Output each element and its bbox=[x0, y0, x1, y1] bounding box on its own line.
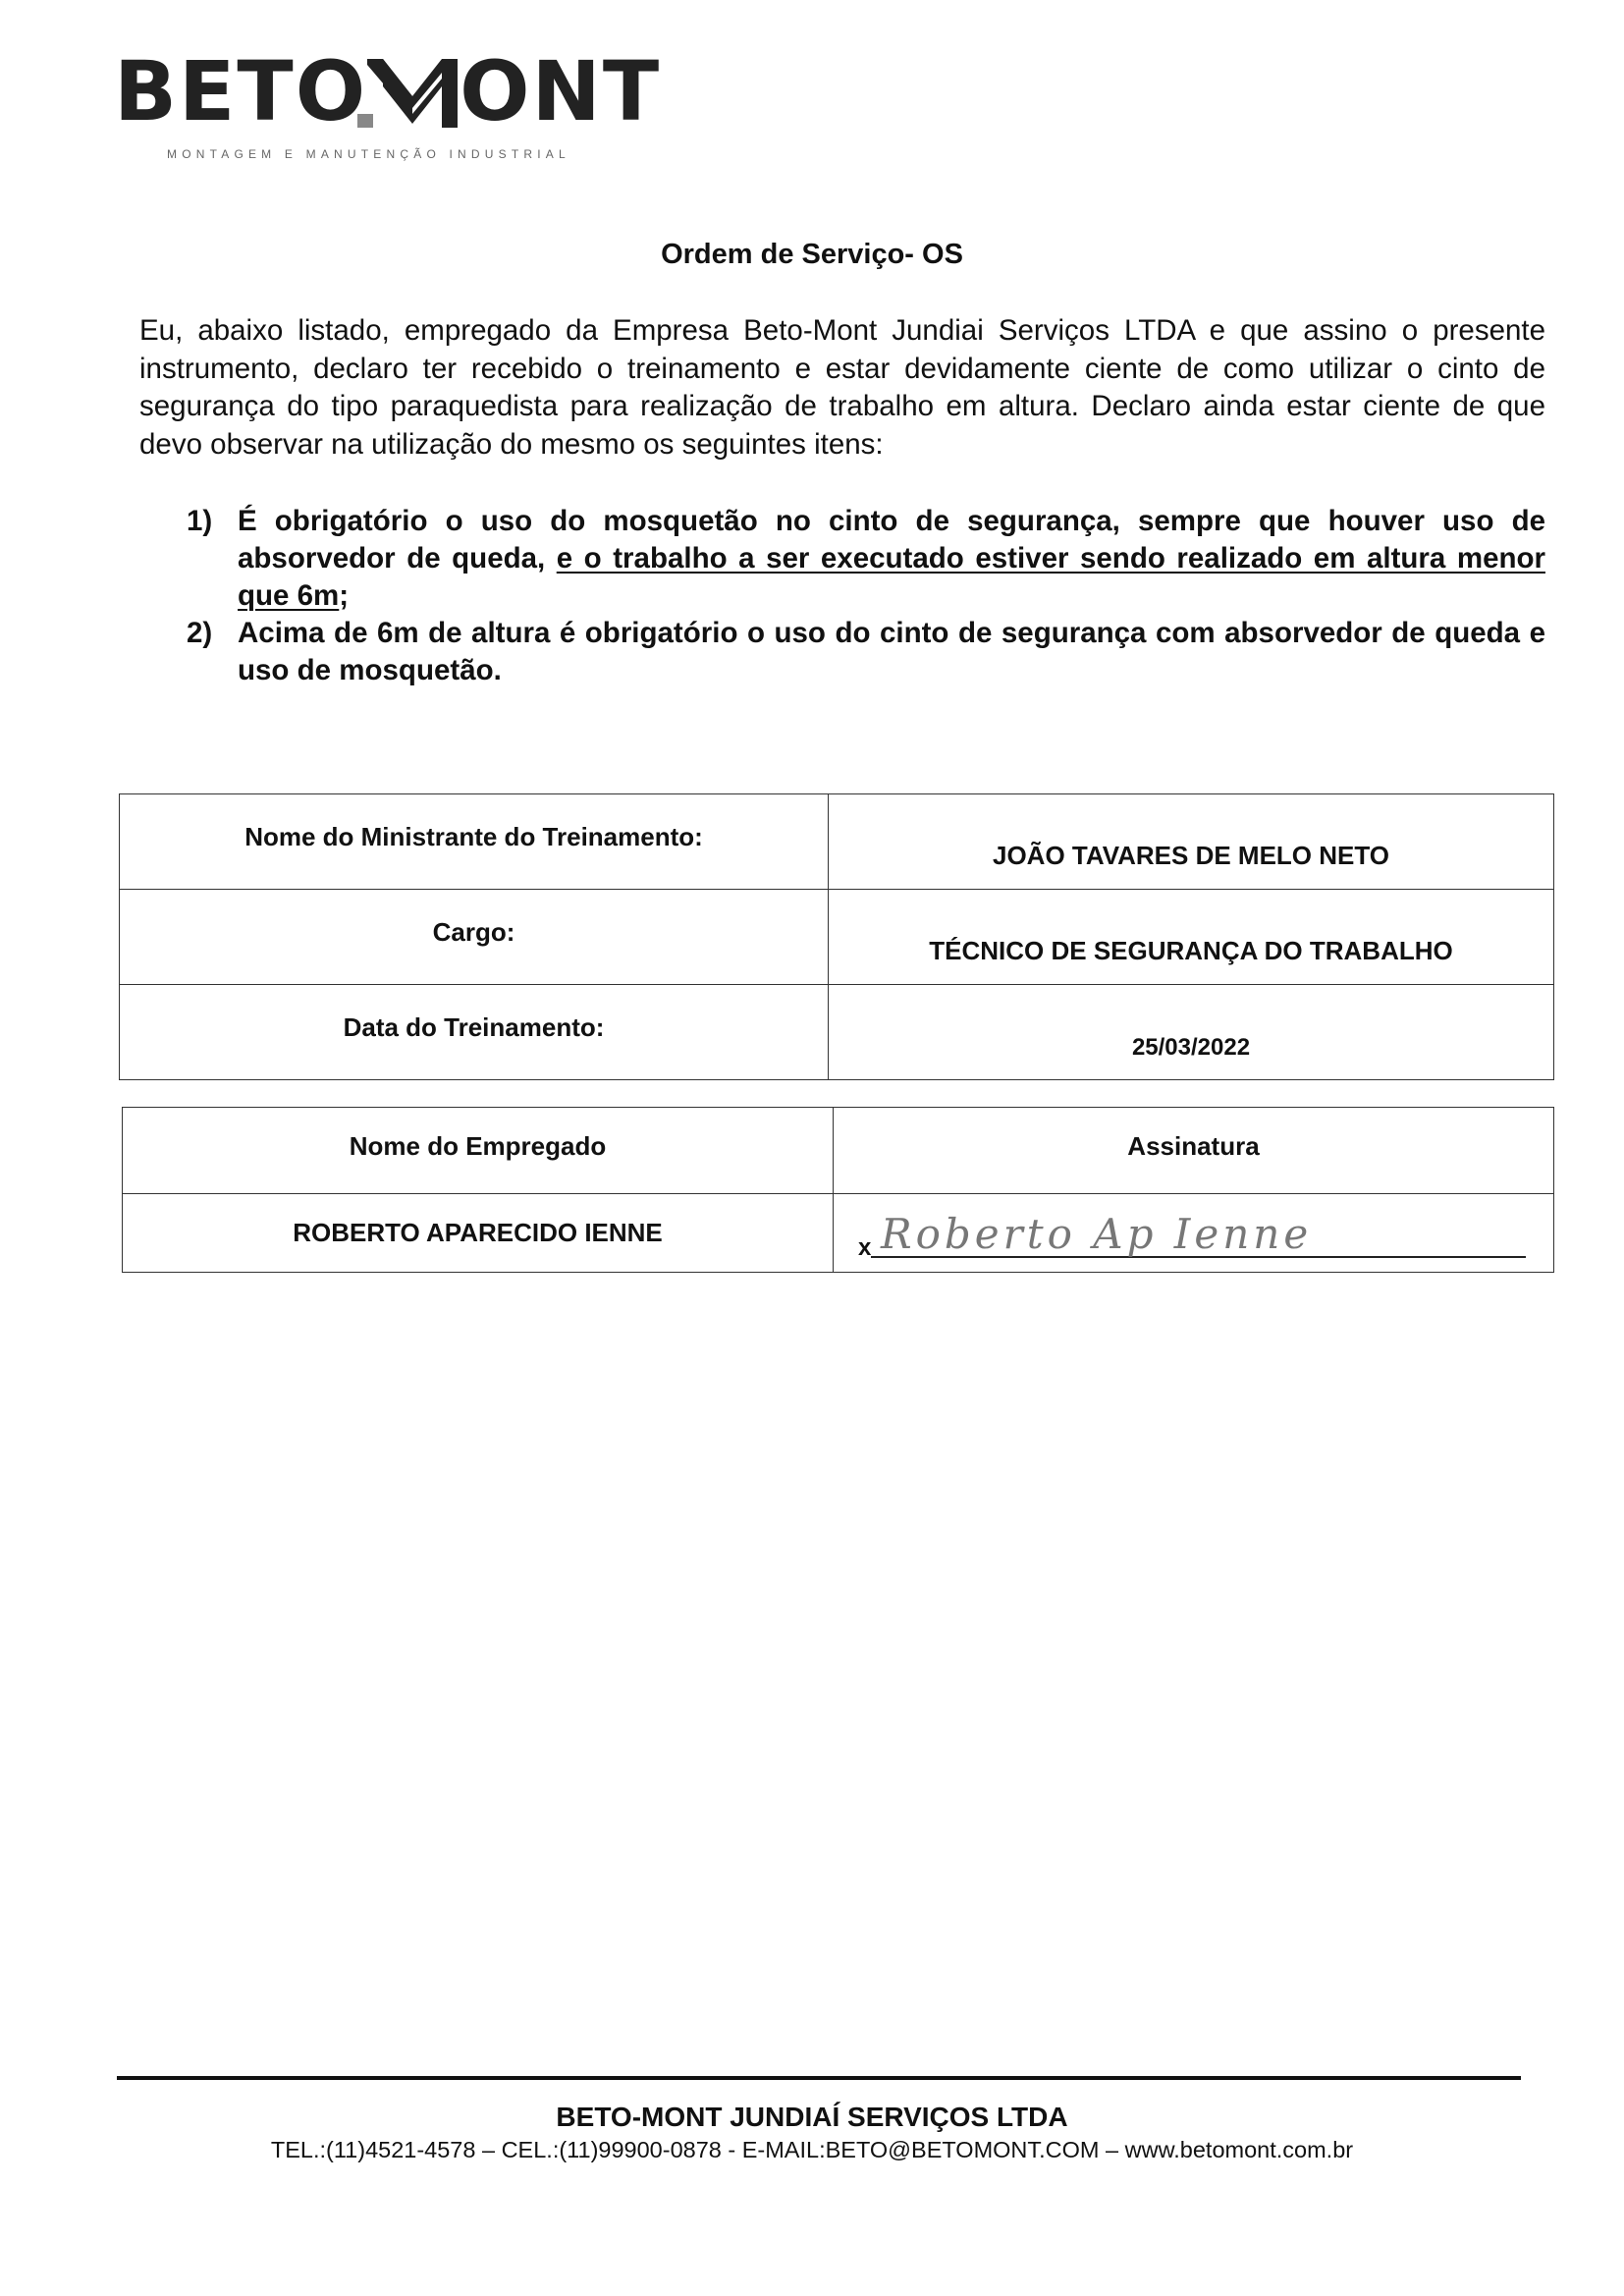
logo-dot-icon bbox=[357, 114, 373, 128]
item-number: 2) bbox=[187, 615, 238, 689]
footer-company-name: BETO-MONT JUNDIAÍ SERVIÇOS LTDA bbox=[0, 2102, 1624, 2133]
employee-name: ROBERTO APARECIDO IENNE bbox=[123, 1194, 834, 1273]
role-value: TÉCNICO DE SEGURANÇA DO TRABALHO bbox=[829, 890, 1554, 985]
company-logo: BETO ONT MONTAGEM E MANUTENÇÃO INDUSTRIA… bbox=[114, 55, 600, 161]
training-date-value: 25/03/2022 bbox=[829, 985, 1554, 1080]
item-number: 1) bbox=[187, 503, 238, 615]
training-date-label: Data do Treinamento: bbox=[120, 985, 829, 1080]
list-item: 2) Acima de 6m de altura é obrigatório o… bbox=[187, 615, 1545, 689]
logo-word-right: ONT bbox=[460, 55, 661, 128]
item-text: É obrigatório o uso do mosquetão no cint… bbox=[238, 503, 1545, 615]
logo-tagline: MONTAGEM E MANUTENÇÃO INDUSTRIAL bbox=[114, 147, 600, 161]
handwritten-signature: Roberto Ap Ienne bbox=[881, 1210, 1312, 1258]
logo-wordmark: BETO ONT bbox=[114, 55, 600, 128]
table-row: ROBERTO APARECIDO IENNE x Roberto Ap Ien… bbox=[123, 1194, 1554, 1273]
document-title: Ordem de Serviço- OS bbox=[0, 239, 1624, 271]
instructor-label: Nome do Ministrante do Treinamento: bbox=[120, 794, 829, 890]
footer-contact-info: TEL.:(11)4521-4578 – CEL.:(11)99900-0878… bbox=[0, 2137, 1624, 2163]
employee-name-header: Nome do Empregado bbox=[123, 1108, 834, 1194]
m-glyph-icon bbox=[367, 59, 458, 128]
intro-paragraph: Eu, abaixo listado, empregado da Empresa… bbox=[139, 312, 1545, 464]
item-text-end: ; bbox=[339, 579, 349, 612]
role-label: Cargo: bbox=[120, 890, 829, 985]
table-header-row: Nome do Empregado Assinatura bbox=[123, 1108, 1554, 1194]
signature-marker: x bbox=[858, 1234, 871, 1262]
table-row: Nome do Ministrante do Treinamento: JOÃO… bbox=[120, 794, 1554, 890]
signature-header: Assinatura bbox=[834, 1108, 1554, 1194]
item-text: Acima de 6m de altura é obrigatório o us… bbox=[238, 615, 1545, 689]
table-row: Data do Treinamento: 25/03/2022 bbox=[120, 985, 1554, 1080]
table-row: Cargo: TÉCNICO DE SEGURANÇA DO TRABALHO bbox=[120, 890, 1554, 985]
footer-divider bbox=[117, 2076, 1521, 2080]
employee-signature-table: Nome do Empregado Assinatura ROBERTO APA… bbox=[122, 1107, 1554, 1273]
requirements-list: 1) É obrigatório o uso do mosquetão no c… bbox=[187, 503, 1545, 689]
training-info-table: Nome do Ministrante do Treinamento: JOÃO… bbox=[119, 793, 1554, 1080]
stylized-m-icon bbox=[367, 59, 458, 128]
instructor-value: JOÃO TAVARES DE MELO NETO bbox=[829, 794, 1554, 890]
list-item: 1) É obrigatório o uso do mosquetão no c… bbox=[187, 503, 1545, 615]
signature-field[interactable]: x Roberto Ap Ienne bbox=[834, 1194, 1554, 1273]
logo-word-left: BETO bbox=[114, 55, 367, 128]
